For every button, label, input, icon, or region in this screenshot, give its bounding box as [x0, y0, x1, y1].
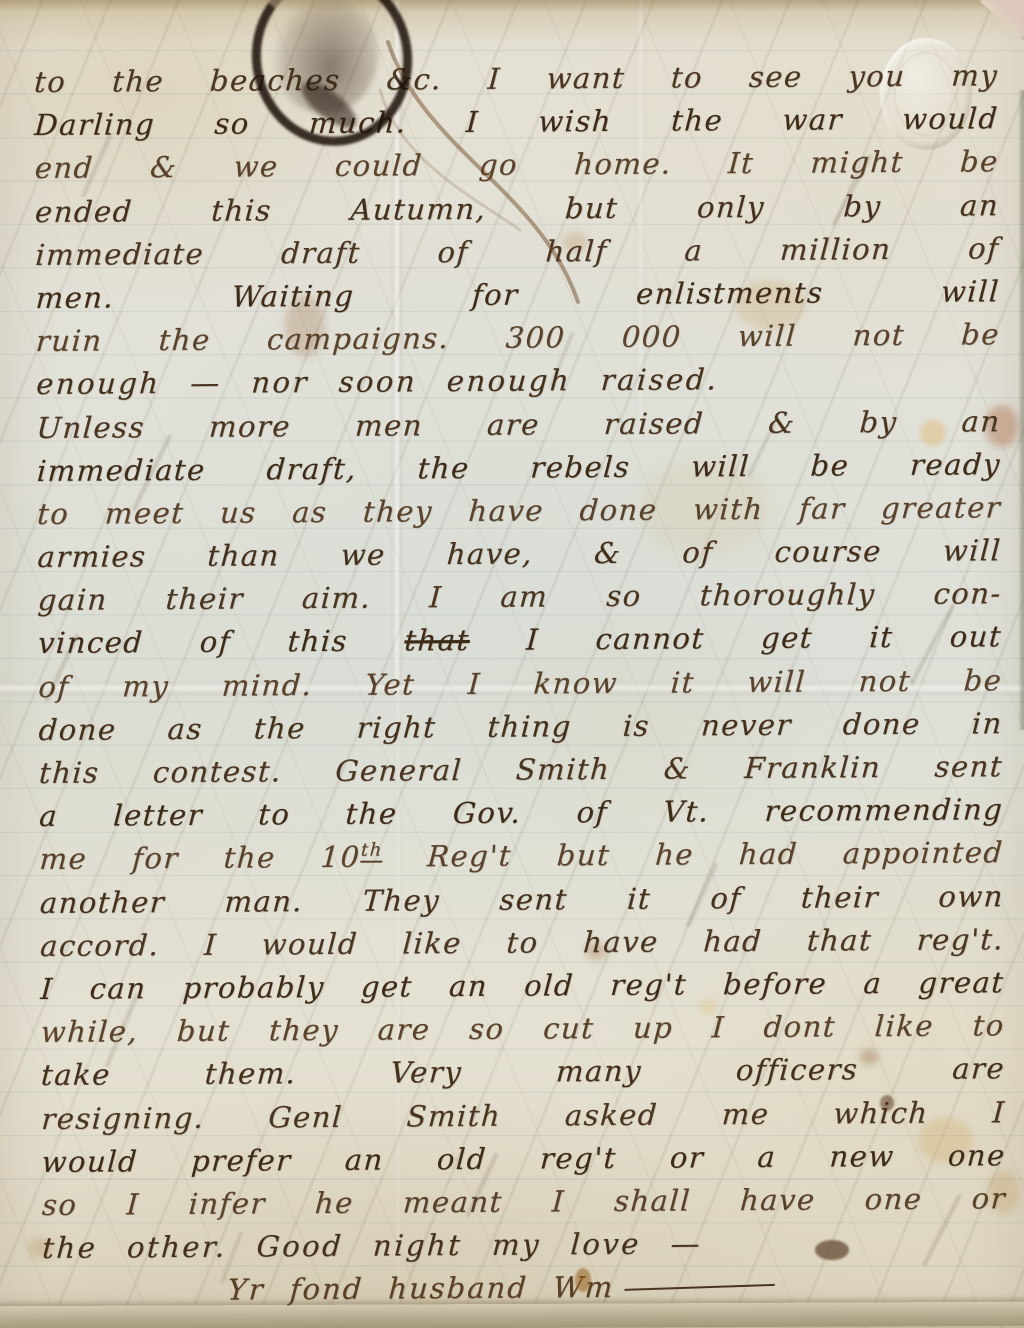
ink-spot [575, 1268, 591, 1292]
letter-line-21: accord. I would like to have had that re… [39, 919, 1006, 969]
letter-line-26: would prefer an old reg't or a new one [40, 1135, 1007, 1185]
ink-blot-tail [0, 0, 1024, 400]
letter-line-28: the other. Good night my love — [41, 1221, 1008, 1271]
letter-line-11: to meet us as they have done with far gr… [36, 487, 1003, 537]
letter-line-13: gain their aim. I am so thoroughly con- [36, 573, 1003, 623]
letter-line-18: a letter to the Gov. of Vt. recommending [38, 789, 1005, 839]
letter-line-19: me for the 10th Reg't but he had appoint… [38, 833, 1005, 883]
line-19-post: Reg't but he had appointed [381, 836, 1004, 874]
line-14-pre: vinced of this [37, 624, 406, 661]
letter-page: to the beaches &c. I want to see you my … [0, 0, 1024, 1328]
signature-flourish [624, 1284, 774, 1291]
letter-line-16: done as the right thing is never done in [37, 703, 1004, 753]
ink-spot [815, 1240, 849, 1260]
letter-line-23: while, but they are so cut up I dont lik… [39, 1005, 1006, 1055]
line-14-struck-word: that [403, 623, 470, 657]
line-19-pre: me for the 10 [39, 840, 362, 876]
letter-line-14: vinced of this that I cannot get it out [37, 617, 1004, 667]
letter-line-24: take them. Very many officers are [40, 1049, 1007, 1099]
line-19-ordinal-superscript: th [360, 840, 383, 863]
letter-line-22: I can probably get an old reg't before a… [39, 962, 1006, 1012]
signature-text: Yr fond husband Wm [227, 1270, 616, 1307]
letter-line-17: this contest. General Smith & Franklin s… [38, 746, 1005, 796]
letter-line-12: armies than we have, & of course will [36, 530, 1003, 580]
letter-line-27: so I infer he meant I shall have one or [41, 1178, 1008, 1228]
letter-line-10: immediate draft, the rebels will be read… [36, 444, 1003, 494]
scanned-letter-screenshot: { "document": { "kind": "handwritten let… [0, 0, 1024, 1328]
signature-line: Yr fond husband Wm [41, 1264, 1008, 1314]
letter-line-15: of my mind. Yet I know it will not be [37, 660, 1004, 710]
letter-line-25: resigning. Genl Smith asked me which I [40, 1092, 1007, 1142]
line-14-post: I cannot get it out [469, 620, 1003, 658]
letter-line-20: another man. They sent it of their own [39, 876, 1006, 926]
ink-spot [880, 1095, 894, 1111]
letter-line-9: Unless more men are raised & by an [35, 401, 1002, 451]
